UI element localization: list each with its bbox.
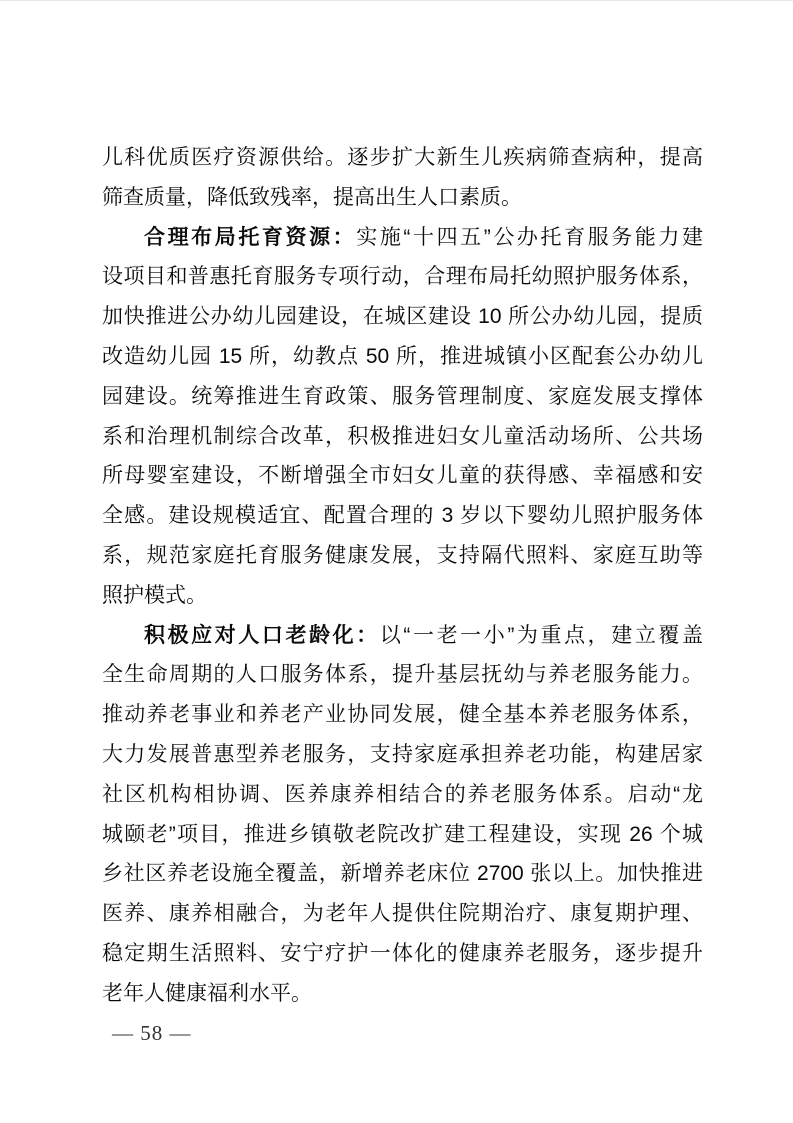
text-line: 推动养老事业和养老产业协同发展，健全基本养老服务体系， [102,695,703,735]
text-line: 儿科优质医疗资源供给。逐步扩大新生儿疾病筛查病种，提高 [102,138,703,178]
text-line: 加快推进公办幼儿园建设，在城区建设 10 所公办幼儿园，提质 [102,297,703,337]
text-line: 照护模式。 [102,576,703,616]
text-line: 系，规范家庭托育服务健康发展，支持隔代照料、家庭互助等 [102,536,703,576]
text-line: 城颐老”项目，推进乡镇敬老院改扩建工程建设，实现 26 个城 [102,815,703,855]
paragraph-heading: 积极应对人口老龄化： [144,624,380,647]
page-number: — 58 — [112,1021,192,1046]
text-line: 社区机构相协调、医养康养相结合的养老服务体系。启动“龙 [102,775,703,815]
text-line: 改造幼儿园 15 所，幼教点 50 所，推进城镇小区配套公办幼儿 [102,337,703,377]
text-run: 实施“十四五”公办托育服务能力建 [356,226,703,249]
document-page: 儿科优质医疗资源供给。逐步扩大新生儿疾病筛查病种，提高 筛查质量，降低致残率，提… [0,0,793,1123]
text-line: 园建设。统筹推进生育政策、服务管理制度、家庭发展支撑体 [102,377,703,417]
text-run: 以“一老一小”为重点，建立覆盖 [380,624,703,647]
text-line: 全生命周期的人口服务体系，提升基层抚幼与养老服务能力。 [102,655,703,695]
paragraph-heading: 合理布局托育资源： [144,226,356,249]
text-line: 稳定期生活照料、安宁疗护一体化的健康养老服务，逐步提升 [102,934,703,974]
text-line: 系和治理机制综合改革，积极推进妇女儿童活动场所、公共场 [102,417,703,457]
text-line: 所母婴室建设，不断增强全市妇女儿童的获得感、幸福感和安 [102,456,703,496]
text-line: 大力发展普惠型养老服务，支持家庭承担养老功能，构建居家 [102,735,703,775]
text-line: 乡社区养老设施全覆盖，新增养老床位 2700 张以上。加快推进 [102,854,703,894]
text-line: 医养、康养相融合，为老年人提供住院期治疗、康复期护理、 [102,894,703,934]
text-line: 筛查质量，降低致残率，提高出生人口素质。 [102,178,703,218]
text-line: 积极应对人口老龄化：以“一老一小”为重点，建立覆盖 [102,616,703,656]
document-body: 儿科优质医疗资源供给。逐步扩大新生儿疾病筛查病种，提高 筛查质量，降低致残率，提… [102,138,703,1014]
text-line: 老年人健康福利水平。 [102,974,703,1014]
text-line: 全感。建设规模适宜、配置合理的 3 岁以下婴幼儿照护服务体 [102,496,703,536]
text-line: 设项目和普惠托育服务专项行动，合理布局托幼照护服务体系， [102,257,703,297]
text-line: 合理布局托育资源：实施“十四五”公办托育服务能力建 [102,218,703,258]
